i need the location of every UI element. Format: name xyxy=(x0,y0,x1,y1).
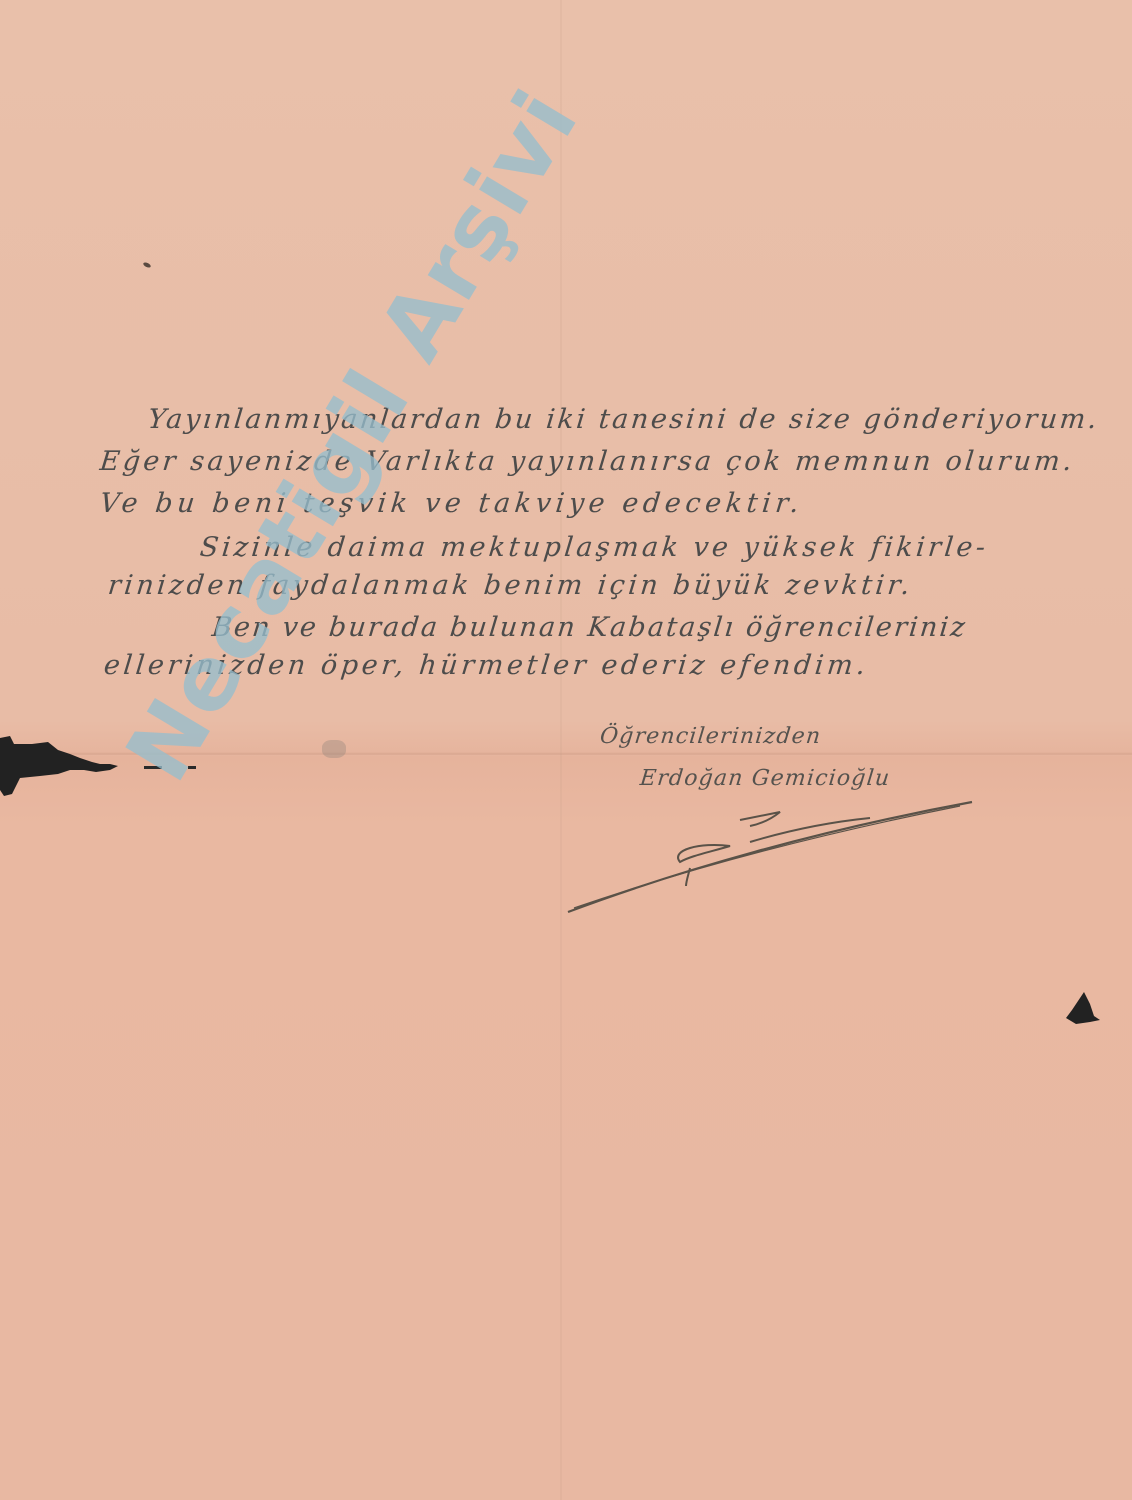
letter-line-6: Ben ve burada bulunan Kabataşlı öğrencil… xyxy=(210,612,968,643)
archive-watermark: Necatigil Arşivi xyxy=(106,72,598,798)
letter-line-2: Eğer sayenizde Varlıkta yayınlanırsa çok… xyxy=(98,446,1076,477)
closing-text: Öğrencilerinizden xyxy=(599,724,823,749)
letter-line-1: Yayınlanmıyanlardan bu iki tanesini de s… xyxy=(146,404,1100,435)
paper-smudge xyxy=(322,740,346,758)
signature-flourish xyxy=(560,790,980,920)
vertical-fold-line xyxy=(560,0,562,1500)
letter-page: Yayınlanmıyanlardan bu iki tanesini de s… xyxy=(0,0,1132,1500)
signature-name: Erdoğan Gemicioğlu xyxy=(639,766,892,791)
torn-hole-right xyxy=(1060,990,1110,1030)
letter-line-3: Ve bu beni teşvik ve takviye edecektir. xyxy=(98,488,804,519)
ink-speck xyxy=(143,261,152,268)
